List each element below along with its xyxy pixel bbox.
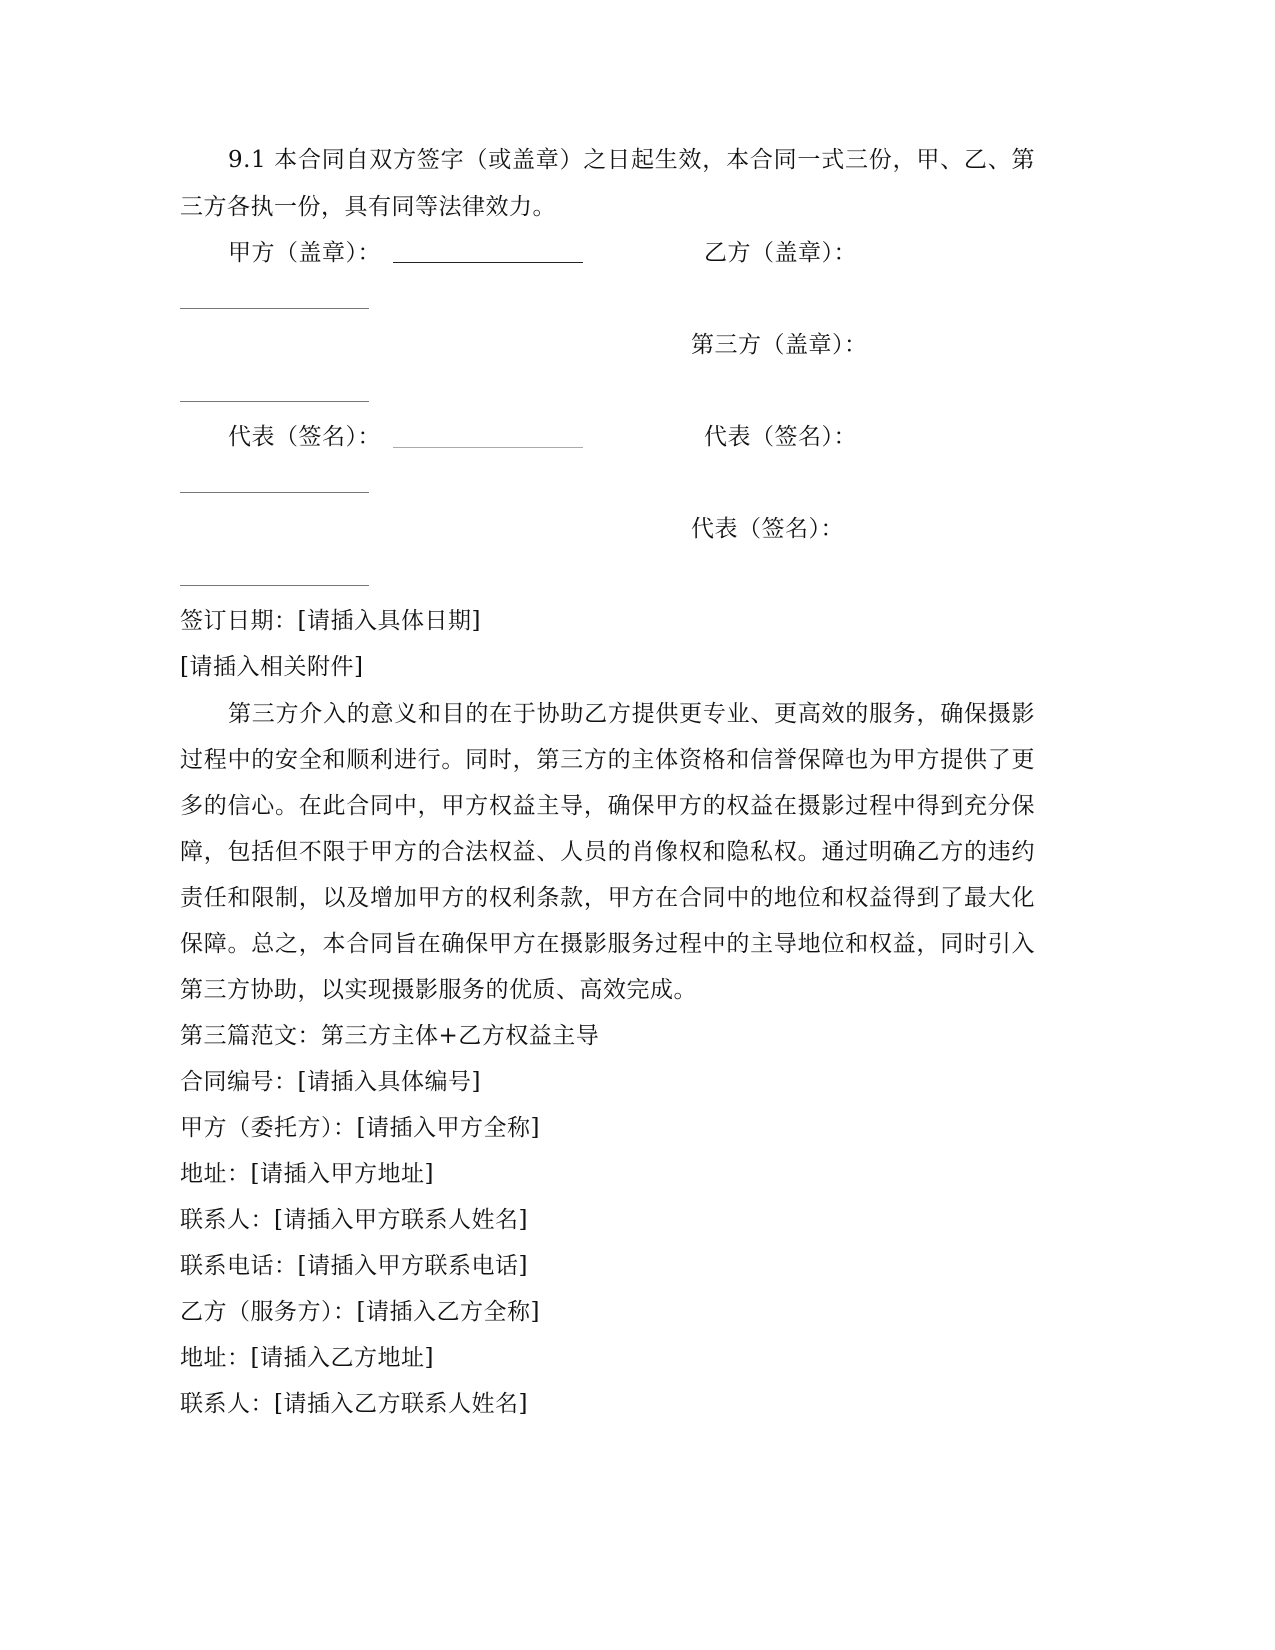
party-a-address: 地址：[请插入甲方地址]	[180, 1159, 434, 1189]
party-a-phone: 联系电话：[请插入甲方联系电话]	[180, 1251, 528, 1281]
summary-line-7: 第三方协助，以实现摄影服务的优质、高效完成。	[180, 975, 697, 1005]
party-b-name: 乙方（服务方）：[请插入乙方全称]	[180, 1297, 540, 1327]
party-b-seal-label: 乙方（盖章）：	[704, 238, 857, 268]
party-a-name: 甲方（委托方）：[请插入甲方全称]	[180, 1113, 540, 1143]
third-party-seal-blank[interactable]	[180, 401, 369, 402]
party-b-address: 地址：[请插入乙方地址]	[180, 1343, 434, 1373]
third-party-seal-label: 第三方（盖章）：	[691, 330, 868, 360]
attachments-placeholder: [请插入相关附件]	[180, 652, 363, 682]
third-party-rep-blank[interactable]	[180, 585, 369, 586]
third-template-heading: 第三篇范文：第三方主体+乙方权益主导	[180, 1021, 599, 1051]
party-a-seal-blank[interactable]	[393, 262, 583, 263]
party-a-rep-blank[interactable]	[393, 447, 583, 448]
clause-9-1-line-2: 三方各执一份，具有同等法律效力。	[180, 192, 556, 222]
party-a-seal-label: 甲方（盖章）：	[228, 238, 381, 268]
party-b-seal-blank[interactable]	[180, 308, 369, 309]
party-a-contact: 联系人：[请插入甲方联系人姓名]	[180, 1205, 528, 1235]
summary-line-5: 责任和限制，以及增加甲方的权利条款，甲方在合同中的地位和权益得到了最大化	[180, 883, 1035, 913]
summary-line-1: 第三方介入的意义和目的在于协助乙方提供更专业、更高效的服务，确保摄影	[228, 699, 1035, 729]
contract-number: 合同编号：[请插入具体编号]	[180, 1067, 481, 1097]
party-b-rep-blank[interactable]	[180, 492, 369, 493]
summary-line-4: 障，包括但不限于甲方的合法权益、人员的肖像权和隐私权。通过明确乙方的违约	[180, 837, 1035, 867]
clause-9-1-line-1: 9.1 本合同自双方签字（或盖章）之日起生效，本合同一式三份，甲、乙、第	[228, 145, 1035, 175]
party-a-rep-label: 代表（签名）：	[228, 422, 381, 452]
summary-line-2: 过程中的安全和顺利进行。同时，第三方的主体资格和信誉保障也为甲方提供了更	[180, 745, 1035, 775]
summary-line-3: 多的信心。在此合同中，甲方权益主导，确保甲方的权益在摄影过程中得到充分保	[180, 791, 1035, 821]
party-b-contact: 联系人：[请插入乙方联系人姓名]	[180, 1389, 528, 1419]
third-party-rep-label: 代表（签名）：	[691, 514, 844, 544]
party-b-rep-label: 代表（签名）：	[704, 422, 857, 452]
sign-date: 签订日期：[请插入具体日期]	[180, 606, 481, 636]
summary-line-6: 保障。总之，本合同旨在确保甲方在摄影服务过程中的主导地位和权益，同时引入	[180, 929, 1035, 959]
